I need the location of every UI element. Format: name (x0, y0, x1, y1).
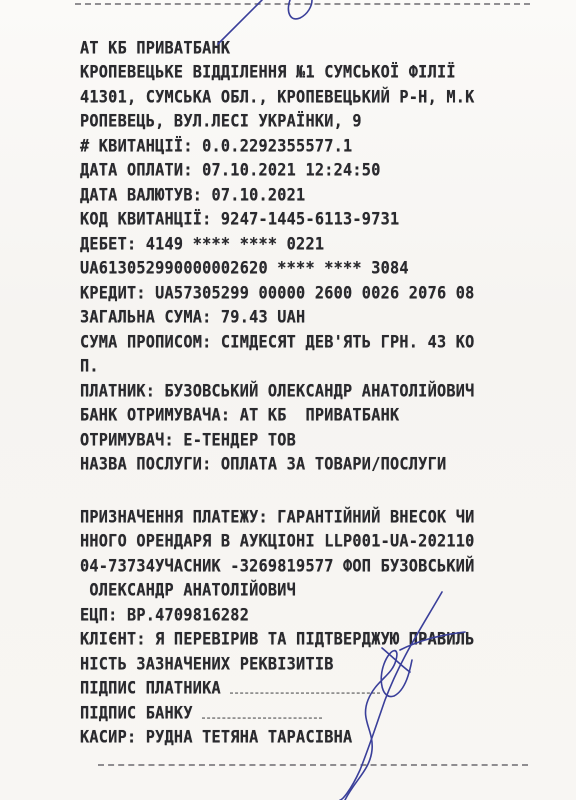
digital-signature-id: ЕЦП: BP.4709816282 (80, 605, 249, 625)
client-confirmation-2: НІСТЬ ЗАЗНАЧЕНИХ РЕКВІЗИТІВ (80, 654, 334, 674)
client-confirmation-1: КЛІЄНТ: Я ПЕРЕВІРИВ ТА ПІДТВЕРДЖУЮ ПРАВИ… (80, 629, 475, 649)
payment-date: ДАТА ОПЛАТИ: 07.10.2021 12:24:50 (80, 160, 381, 180)
payment-purpose-2: ННОГО ОРЕНДАРЯ В АУКЦІОНІ LLP001-UA-2021… (80, 531, 475, 551)
total-amount: ЗАГАЛЬНА СУМА: 79.43 UAH (80, 307, 305, 327)
branch-name: КРОПЕВЕЦЬКЕ ВІДДІЛЕННЯ №1 СУМСЬКОЇ ФІЛІЇ (80, 62, 456, 82)
payment-purpose-4: ОЛЕКСАНДР АНАТОЛІЙОВИЧ (80, 580, 296, 600)
address-line-2: РОПЕВЕЦЬ, ВУЛ.ЛЕСІ УКРАЇНКИ, 9 (80, 111, 362, 131)
payer: ПЛАТНИК: БУЗОВСЬКИЙ ОЛЕКСАНДР АНАТОЛІЙОВ… (80, 381, 475, 401)
debit-account: UA613052990000002620 **** **** 3084 (80, 258, 409, 278)
top-tear-line (75, 3, 530, 5)
bank-signature-line (202, 704, 322, 719)
value-date: ДАТА ВАЛЮТУВ: 07.10.2021 (80, 185, 305, 205)
amount-in-words-1: СУМА ПРОПИСОМ: СІМДЕСЯТ ДЕВ'ЯТЬ ГРН. 43 … (80, 332, 475, 352)
receipt-paper: АТ КБ ПРИВАТБАНК КРОПЕВЕЦЬКЕ ВІДДІЛЕННЯ … (0, 0, 576, 800)
cashier: КАСИР: РУДНА ТЕТЯНА ТАРАСІВНА (80, 727, 352, 747)
debit-card: ДЕБЕТ: 4149 **** **** 0221 (80, 234, 324, 254)
payment-purpose-1: ПРИЗНАЧЕННЯ ПЛАТЕЖУ: ГАРАНТІЙНИЙ ВНЕСОК … (80, 507, 475, 527)
recipient-bank: БАНК ОТРИМУВАЧА: АТ КБ ПРИВАТБАНК (80, 405, 399, 425)
payer-signature-row: ПІДПИС ПЛАТНИКА (80, 678, 380, 698)
payment-purpose-3: 04-73734УЧАСНИК -3269819577 ФОП БУЗОВСЬК… (80, 556, 475, 576)
bottom-tear-line (98, 764, 528, 766)
bank-signature-label: ПІДПИС БАНКУ (80, 703, 193, 723)
receipt-code: КОД КВИТАНЦІЇ: 9247-1445-6113-9731 (80, 209, 399, 229)
receipt-number: # КВИТАНЦІЇ: 0.0.2292355577.1 (80, 136, 352, 156)
service-name: НАЗВА ПОСЛУГИ: ОПЛАТА ЗА ТОВАРИ/ПОСЛУГИ (80, 454, 446, 474)
bank-signature-row: ПІДПИС БАНКУ (80, 703, 322, 723)
payer-signature-label: ПІДПИС ПЛАТНИКА (80, 678, 221, 698)
address-line-1: 41301, СУМСЬКА ОБЛ., КРОПЕВЕЦЬКИЙ Р-Н, М… (80, 87, 475, 107)
credit-account: КРЕДИТ: UA57305299 00000 2600 0026 2076 … (80, 283, 475, 303)
recipient: ОТРИМУВАЧ: Е-ТЕНДЕР ТОВ (80, 430, 296, 450)
bank-name: АТ КБ ПРИВАТБАНК (80, 38, 230, 58)
amount-in-words-2: П. (80, 356, 99, 376)
payer-signature-line (230, 679, 380, 694)
